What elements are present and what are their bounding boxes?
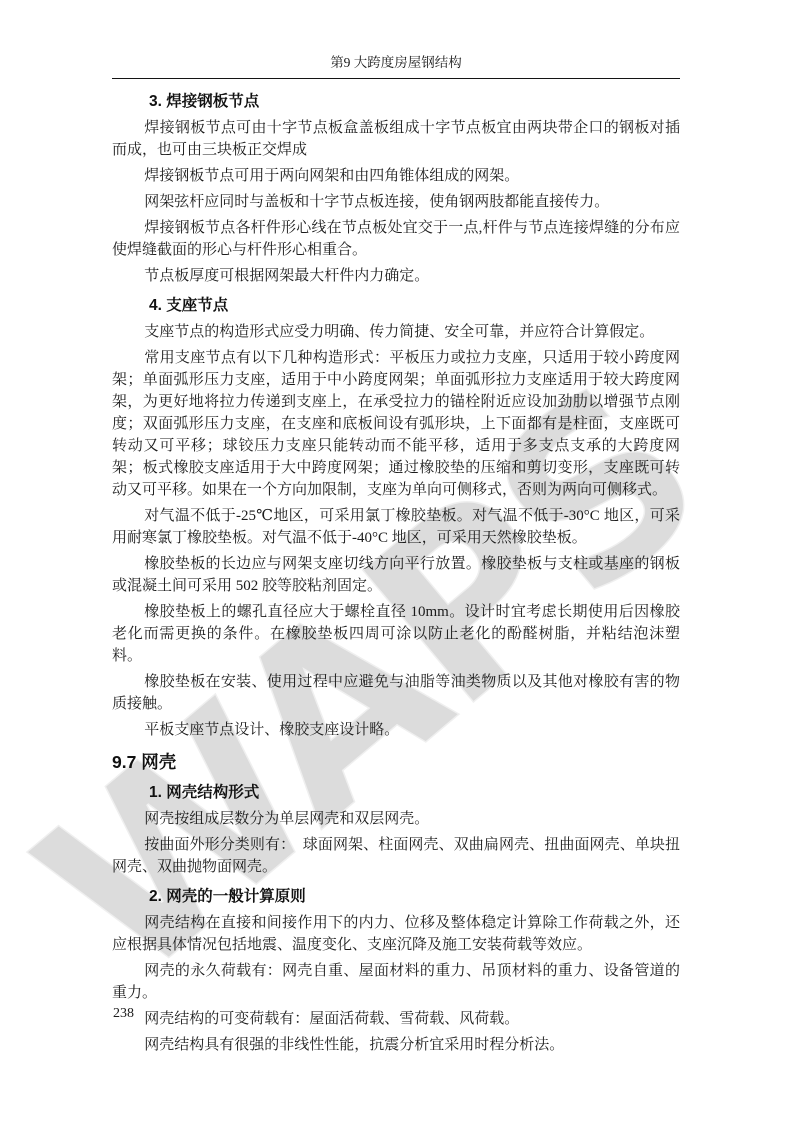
paragraph: 网架弦杆应同时与盖板和十字节点板连接，使角钢两肢都能直接传力。 — [112, 191, 680, 213]
paragraph: 支座节点的构造形式应受力明确、传力简捷、安全可靠，并应符合计算假定。 — [112, 321, 680, 343]
section-title: 9.7 网壳 — [112, 750, 680, 774]
paragraph: 常用支座节点有以下几种构造形式：平板压力或拉力支座，只适用于较小跨度网架；单面弧… — [112, 347, 680, 501]
paragraph: 橡胶垫板在安装、使用过程中应避免与油脂等油类物质以及其他对橡胶有害的物质接触。 — [112, 671, 680, 715]
subsection-heading: 3. 焊接钢板节点 — [149, 91, 680, 113]
paragraph: 网壳结构的可变荷载有：屋面活荷载、雪荷载、风荷载。 — [112, 1008, 680, 1030]
subsection-heading: 1. 网壳结构形式 — [149, 782, 680, 804]
paragraph: 网壳按组成层数分为单层网壳和双层网壳。 — [112, 808, 680, 830]
document-page: WAPS 第9 大跨度房屋钢结构 3. 焊接钢板节点焊接钢板节点可由十字节点板盒… — [0, 0, 793, 1122]
paragraph: 焊接钢板节点各杆件形心线在节点板处宜交于一点,杆件与节点连接焊缝的分布应使焊缝截… — [112, 217, 680, 261]
paragraph: 网壳结构具有很强的非线性性能，抗震分析宜采用时程分析法。 — [112, 1034, 680, 1056]
paragraph: 橡胶垫板上的螺孔直径应大于螺栓直径 10mm。设计时宜考虑长期使用后因橡胶老化而… — [112, 601, 680, 667]
paragraph: 焊接钢板节点可用于两向网架和由四角锥体组成的网架。 — [112, 165, 680, 187]
page-number: 238 — [113, 1005, 134, 1023]
running-header-title: 第9 大跨度房屋钢结构 — [112, 54, 680, 71]
paragraph: 对气温不低于-25℃地区，可采用氯丁橡胶垫板。对气温不低于-30°C 地区，可采… — [112, 505, 680, 549]
paragraph: 网壳结构在直接和间接作用下的内力、位移及整体稳定计算除工作荷载之外，还应根据具体… — [112, 912, 680, 956]
paragraph: 平板支座节点设计、橡胶支座设计略。 — [112, 719, 680, 741]
subsection-heading: 2. 网壳的一般计算原则 — [149, 886, 680, 908]
page-content: 3. 焊接钢板节点焊接钢板节点可由十字节点板盒盖板组成十字节点板宜由两块带企口的… — [112, 91, 680, 1056]
subsection-heading: 4. 支座节点 — [149, 295, 680, 317]
paragraph: 按曲面外形分类则有： 球面网架、柱面网壳、双曲扁网壳、扭曲面网壳、单块扭网壳、双… — [112, 834, 680, 878]
header-divider — [112, 78, 680, 79]
paragraph: 焊接钢板节点可由十字节点板盒盖板组成十字节点板宜由两块带企口的钢板对插而成，也可… — [112, 117, 680, 161]
paragraph: 橡胶垫板的长边应与网架支座切线方向平行放置。橡胶垫板与支柱或基座的钢板或混凝土间… — [112, 553, 680, 597]
page-header: 第9 大跨度房屋钢结构 — [112, 0, 680, 79]
paragraph: 网壳的永久荷载有：网壳自重、屋面材料的重力、吊顶材料的重力、设备管道的重力。 — [112, 960, 680, 1004]
paragraph: 节点板厚度可根据网架最大杆件内力确定。 — [112, 265, 680, 287]
